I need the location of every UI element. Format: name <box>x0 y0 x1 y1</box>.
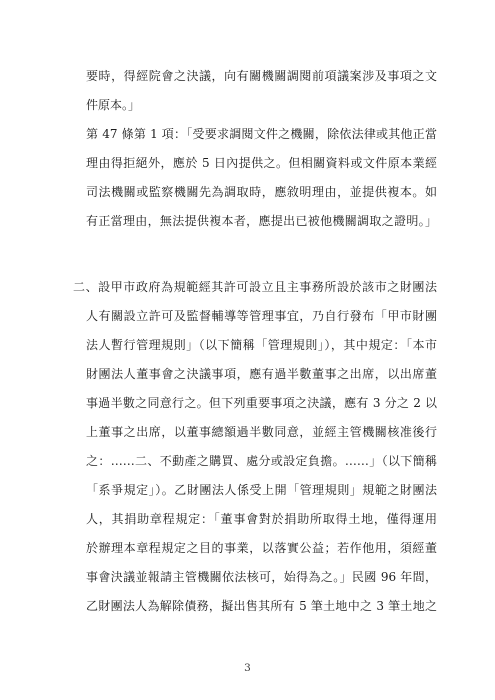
statute-quotation-block: 要時，得經院會之決議，向有關機關調閱前項議案涉及事項之文 件原本。」 第 47 … <box>86 62 437 236</box>
text-line: 上董事之出席，以董事總額過半數同意，並經主管機關核准後行 <box>86 418 437 447</box>
text-line: 法人暫行管理規則」（以下簡稱「管理規則」），其中規定：「本市 <box>86 331 437 360</box>
text-body: 要時，得經院會之決議，向有關機關調閱前項議案涉及事項之文 件原本。」 第 47 … <box>86 62 437 621</box>
document-page: 要時，得經院會之決議，向有關機關調閱前項議案涉及事項之文 件原本。」 第 47 … <box>0 0 495 700</box>
list-item-two-block: 二、設甲市政府為規範經其許可設立且主事務所設於該市之財團法 人有關設立許可及監督… <box>86 273 437 621</box>
text-line: 人有關設立許可及監督輔導等管理事宜，乃自行發布「甲市財團 <box>86 302 437 331</box>
text-line: 事會決議並報請主管機關依法核可，始得為之。」民國 96 年間， <box>86 563 437 592</box>
text-line: 理由得拒絕外，應於 5 日內提供之。但相關資料或文件原本業經 <box>86 149 437 178</box>
text-line: 有正當理由，無法提供複本者，應提出已被他機關調取之證明。」 <box>86 207 437 236</box>
page-number: 3 <box>0 662 495 674</box>
text-line: 件原本。」 <box>86 91 437 120</box>
text-line: 二、設甲市政府為規範經其許可設立且主事務所設於該市之財團法 <box>86 273 437 302</box>
text-line: 司法機關或監察機關先為調取時，應敘明理由，並提供複本。如 <box>86 178 437 207</box>
text-line: 「系爭規定」）。乙財團法人係受上開「管理規則」規範之財團法 <box>86 476 437 505</box>
text-line: 事過半數之同意行之。但下列重要事項之決議，應有 3 分之 2 以 <box>86 389 437 418</box>
text-line: 第 47 條第 1 項：「受要求調閱文件之機關，除依法律或其他正當 <box>86 120 437 149</box>
text-line: 人，其捐助章程規定：「董事會對於捐助所取得土地，僅得運用 <box>86 505 437 534</box>
text-line: 乙財團法人為解除債務，擬出售其所有 5 筆土地中之 3 筆土地之 <box>86 592 437 621</box>
text-line: 財團法人董事會之決議事項，應有過半數董事之出席，以出席董 <box>86 360 437 389</box>
text-line: 於辦理本章程規定之目的事業，以落實公益；若作他用，須經董 <box>86 534 437 563</box>
text-line: 之：……二、不動產之購買、處分或設定負擔。……」（以下簡稱 <box>86 447 437 476</box>
text-line: 要時，得經院會之決議，向有關機關調閱前項議案涉及事項之文 <box>86 62 437 91</box>
